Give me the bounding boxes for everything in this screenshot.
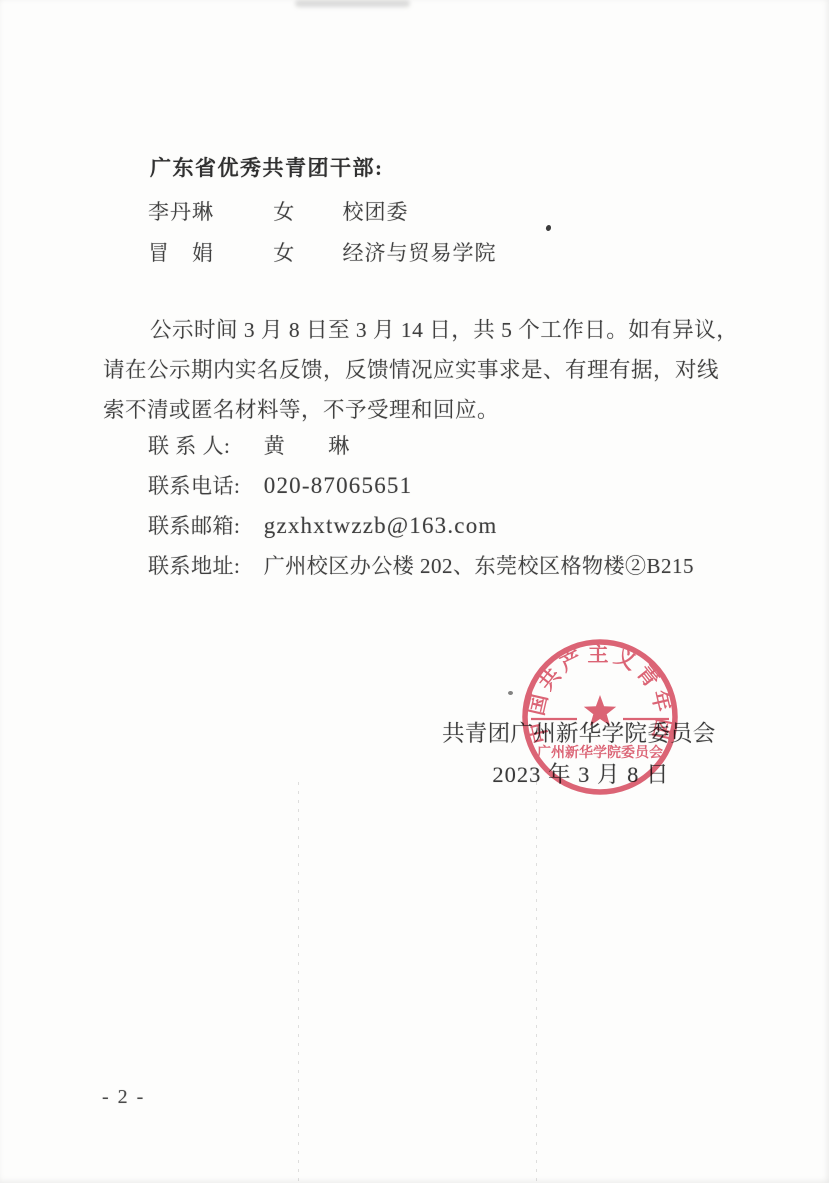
seal-arc-text: 中国共产主义青年团 xyxy=(524,642,676,746)
document-heading: 广东省优秀共青团干部: xyxy=(150,152,384,182)
page-number: - 2 - xyxy=(102,1086,145,1109)
paragraph-line: 公示时间 3 月 8 日至 3 月 14 日，共 5 个工作日。如有异议， xyxy=(103,310,748,350)
seal-star-icon xyxy=(584,695,616,726)
scan-speck xyxy=(508,691,513,695)
fold-crease xyxy=(536,782,537,1183)
contact-row-address: 联系地址: 广州校区办公楼 202、东莞校区格物楼②B215 xyxy=(148,550,694,580)
awardee-row: 李丹琳 女 校团委 xyxy=(148,196,409,226)
awardee-row: 冒 娟 女 经济与贸易学院 xyxy=(148,237,497,267)
scan-smudge xyxy=(295,0,410,7)
paragraph-line: 索不清或匿名材料等，不予受理和回应。 xyxy=(103,390,748,430)
awardee-gender: 女 xyxy=(273,237,336,267)
scan-speck xyxy=(545,224,552,231)
awardee-gender: 女 xyxy=(273,196,336,226)
seal-inner-text: 广州新华学院委员会 xyxy=(537,744,663,761)
contact-row-email: 联系邮箱: gzxhxtwzzb@163.com xyxy=(148,510,498,540)
contact-label: 联系电话: xyxy=(148,470,252,500)
contact-label: 联 系 人: xyxy=(148,430,252,460)
contact-label: 联系地址: xyxy=(148,550,252,580)
awardee-unit: 校团委 xyxy=(343,200,409,224)
notice-paragraph: 公示时间 3 月 8 日至 3 月 14 日，共 5 个工作日。如有异议， 请在… xyxy=(103,310,748,430)
seal-arc-text-holder: 中国共产主义青年团 xyxy=(524,642,676,746)
scanned-document-page: 广东省优秀共青团干部: 李丹琳 女 校团委 冒 娟 女 经济与贸易学院 公示时间… xyxy=(0,0,829,1183)
paragraph-line: 请在公示期内实名反馈，反馈情况应实事求是、有理有据，对线 xyxy=(103,350,748,390)
contact-row-phone: 联系电话: 020-87065651 xyxy=(148,470,412,500)
awardee-name: 冒 娟 xyxy=(148,237,267,267)
contact-email-value: gzxhxtwzzb@163.com xyxy=(264,513,498,538)
contact-row-person: 联 系 人: 黄 琳 xyxy=(148,430,350,460)
awardee-unit: 经济与贸易学院 xyxy=(343,241,497,265)
official-seal: 中国共产主义青年团 广州新华学院委员会 xyxy=(515,632,685,802)
fold-crease xyxy=(298,782,299,1183)
contact-person-value: 黄 琳 xyxy=(264,434,350,458)
awardee-name: 李丹琳 xyxy=(148,196,267,226)
contact-phone-value: 020-87065651 xyxy=(264,473,413,498)
contact-address-value: 广州校区办公楼 202、东莞校区格物楼②B215 xyxy=(264,554,694,578)
contact-label: 联系邮箱: xyxy=(148,510,252,540)
